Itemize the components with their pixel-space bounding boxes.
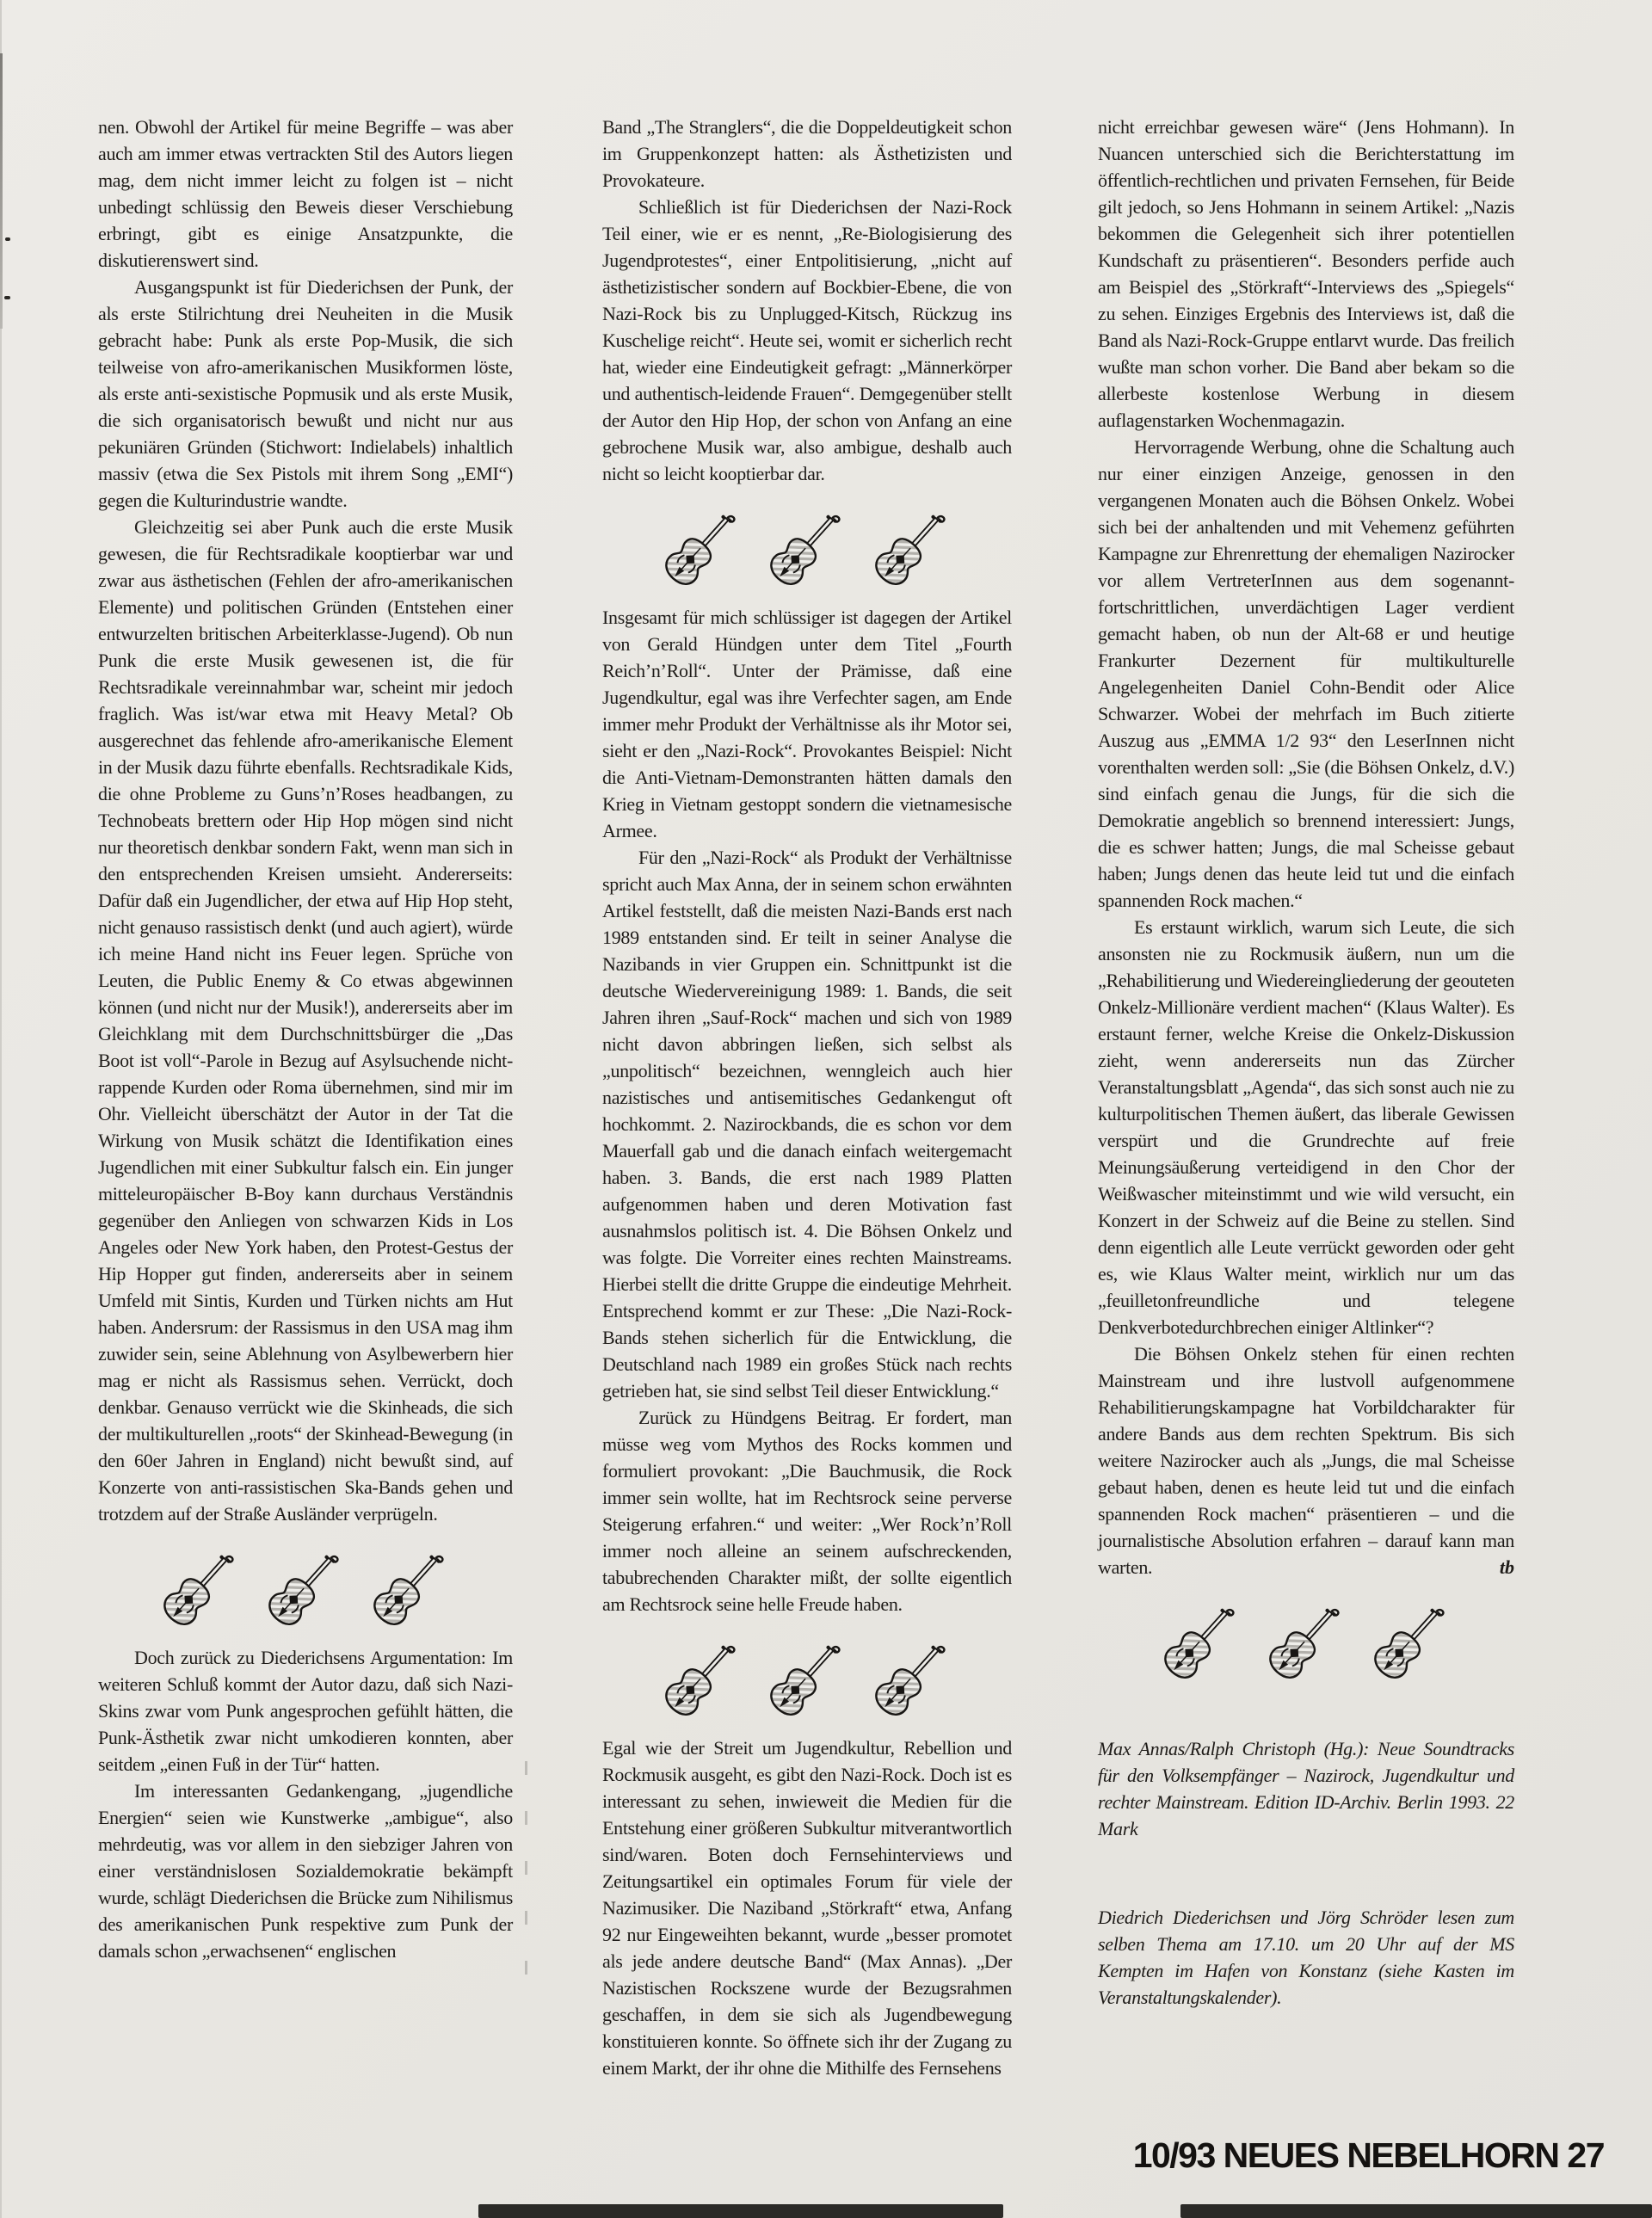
- paragraph: nicht erreichbar gewesen wäre“ (Jens Hoh…: [1098, 114, 1514, 434]
- paragraph: Zurück zu Hündgens Beitrag. Er fordert, …: [602, 1404, 1012, 1617]
- violin-icon: [260, 1541, 351, 1632]
- paragraph-text: Gleichzeitig sei aber Punk auch die erst…: [98, 516, 513, 1525]
- violin-separator: [98, 1541, 513, 1632]
- paragraph: Egal wie der Streit um Jugendkultur, Reb…: [602, 1734, 1012, 2081]
- book-reference: Max Annas/Ralph Christoph (Hg.): Neue So…: [1098, 1735, 1514, 1842]
- paragraph-text: Egal wie der Streit um Jugendkultur, Reb…: [602, 1737, 1012, 2079]
- paragraph-text: Im interessanten Gedankengang, „jugendli…: [98, 1780, 513, 1962]
- paragraph: Im interessanten Gedankengang, „jugendli…: [98, 1777, 513, 1964]
- magazine-page-scan: { "page": { "issue": "10/93", "magazine"…: [0, 0, 1652, 2218]
- scan-edge-line: [0, 0, 2, 2218]
- violin-icon: [1365, 1594, 1457, 1685]
- column-right: nicht erreichbar gewesen wäre“ (Jens Hoh…: [1098, 114, 1514, 2011]
- violin-icon: [866, 501, 958, 592]
- reference-text: Max Annas/Ralph Christoph (Hg.): Neue So…: [1098, 1738, 1514, 1839]
- paragraph-text: Für den „Nazi-Rock“ als Produkt der Verh…: [602, 847, 1012, 1402]
- violin-icon: [656, 501, 748, 592]
- violin-icon: [656, 1631, 748, 1722]
- scan-bottom-bar: [478, 2204, 1003, 2218]
- paragraph-text: Hervorragende Werbung, ohne die Schaltun…: [1098, 436, 1514, 911]
- paragraph-text: Band „The Stranglers“, die die Doppeldeu…: [602, 116, 1012, 191]
- violin-icon: [155, 1541, 246, 1632]
- violin-icon: [1261, 1594, 1352, 1685]
- paragraph: Schließlich ist für Diederichsen der Naz…: [602, 194, 1012, 487]
- paragraph: Doch zurück zu Diederichsens Argumentati…: [98, 1644, 513, 1777]
- violin-icon: [866, 1631, 958, 1722]
- paragraph-text: Insgesamt für mich schlüssiger ist dageg…: [602, 607, 1012, 841]
- reference-text: Diedrich Diederichsen und Jörg Schröder …: [1098, 1907, 1514, 2008]
- violin-separator: [602, 501, 1012, 592]
- event-note: Diedrich Diederichsen und Jörg Schröder …: [1098, 1904, 1514, 2011]
- column-middle: Band „The Stranglers“, die die Doppeldeu…: [602, 114, 1012, 2081]
- scan-bottom-bar: [1180, 2204, 1652, 2218]
- paragraph-text: Die Böhsen Onkelz stehen für einen recht…: [1098, 1343, 1514, 1578]
- violin-separator: [602, 1631, 1012, 1722]
- scan-gutter-marks: [525, 1725, 527, 2011]
- paragraph-text: Es erstaunt wirklich, warum sich Leute, …: [1098, 916, 1514, 1338]
- paragraph: Ausgangspunkt ist für Diederichsen der P…: [98, 274, 513, 514]
- paragraph-text: nen. Obwohl der Artikel für meine Begrif…: [98, 116, 513, 271]
- paragraph-text: Doch zurück zu Diederichsens Argumentati…: [98, 1647, 513, 1775]
- paragraph: nen. Obwohl der Artikel für meine Begrif…: [98, 114, 513, 274]
- paragraph: Gleichzeitig sei aber Punk auch die erst…: [98, 514, 513, 1527]
- paragraph-text: Zurück zu Hündgens Beitrag. Er fordert, …: [602, 1407, 1012, 1615]
- violin-separator: [1098, 1594, 1514, 1685]
- paragraph: Band „The Stranglers“, die die Doppeldeu…: [602, 114, 1012, 194]
- violin-icon: [1156, 1594, 1247, 1685]
- paragraph: Für den „Nazi-Rock“ als Produkt der Verh…: [602, 844, 1012, 1404]
- scan-edge-shadow: [0, 53, 3, 329]
- page-footer: 10/93 NEUES NEBELHORN 27: [1133, 2135, 1604, 2176]
- violin-icon: [365, 1541, 456, 1632]
- paragraph-text: Ausgangspunkt ist für Diederichsen der P…: [98, 276, 513, 511]
- paragraph-text: Schließlich ist für Diederichsen der Naz…: [602, 196, 1012, 484]
- author-signature: tb: [1464, 1554, 1514, 1580]
- violin-icon: [761, 501, 853, 592]
- scan-speck: [5, 237, 10, 241]
- paragraph-text: nicht erreichbar gewesen wäre“ (Jens Hoh…: [1098, 116, 1514, 431]
- paragraph: Insgesamt für mich schlüssiger ist dageg…: [602, 604, 1012, 844]
- violin-icon: [761, 1631, 853, 1722]
- paragraph: Hervorragende Werbung, ohne die Schaltun…: [1098, 434, 1514, 914]
- scan-speck: [4, 296, 10, 299]
- paragraph: Die Böhsen Onkelz stehen für einen recht…: [1098, 1340, 1514, 1580]
- column-left: nen. Obwohl der Artikel für meine Begrif…: [98, 114, 513, 1964]
- paragraph: Es erstaunt wirklich, warum sich Leute, …: [1098, 914, 1514, 1340]
